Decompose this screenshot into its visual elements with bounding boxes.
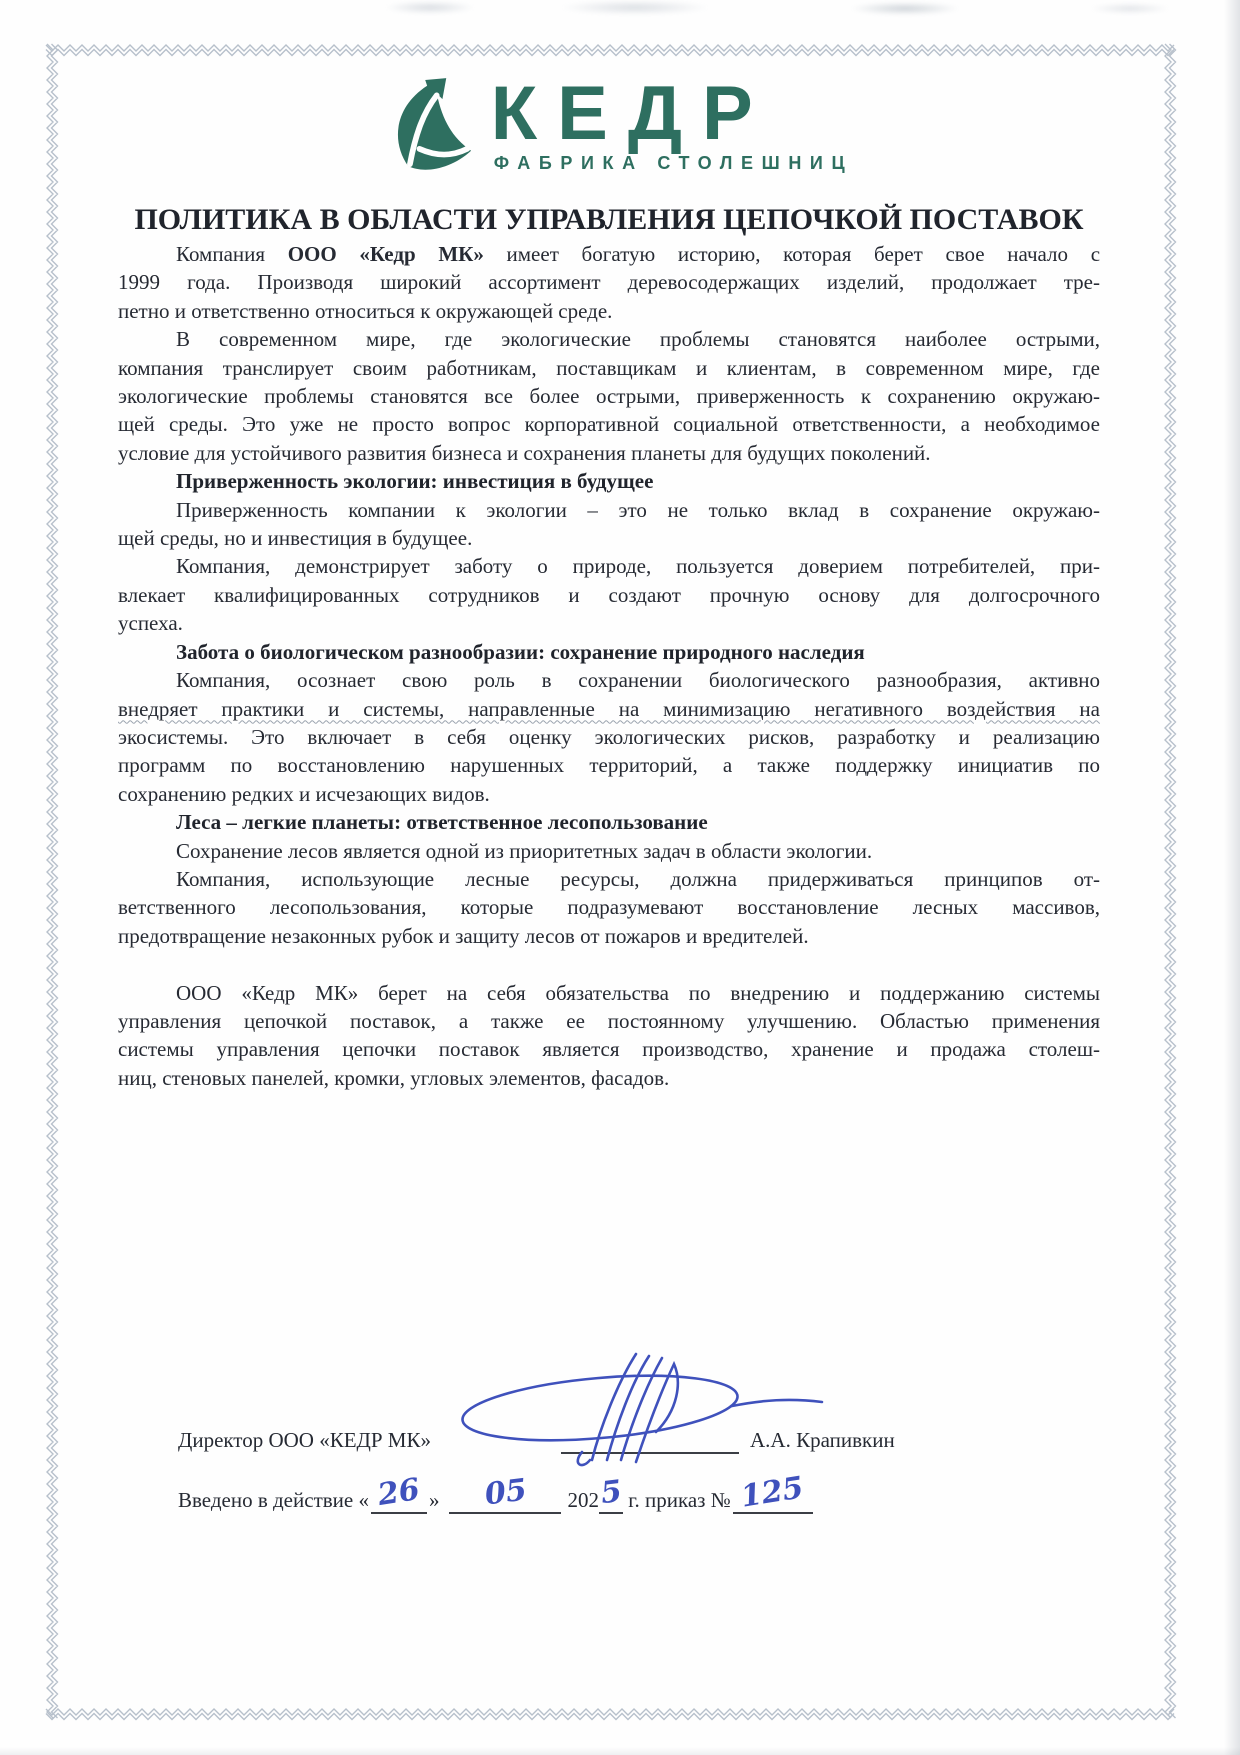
text-line: Компания, использующие лесные ресурсы, д… (118, 865, 1100, 893)
text-line: системы управления цепочки поставок явля… (118, 1035, 1100, 1063)
text-line: сохранению редких и исчезающих видов. (118, 780, 1100, 808)
quote-close: » (429, 1488, 440, 1512)
enactment-prefix: Введено в действие « (178, 1488, 369, 1512)
scan-edge-shadow (1224, 0, 1240, 1755)
order-blank: 125 (733, 1488, 813, 1514)
text-line: успеха. (118, 609, 1100, 637)
zigzag-border-right (1164, 44, 1178, 1722)
section-heading: Леса – легкие планеты: ответственное лес… (118, 808, 1100, 836)
brand-name: КЕДР (491, 78, 873, 150)
text-line: щей среды, но и инвестиция в будущее. (118, 524, 1100, 552)
text-line: Сохранение лесов является одной из приор… (118, 837, 1100, 865)
scan-noise (1090, 3, 1170, 14)
section-heading: Забота о биологическом разнообразии: сох… (118, 638, 1100, 666)
day-blank: 26 (371, 1488, 427, 1514)
text-line: внедряет практики и системы, направленны… (118, 695, 1100, 723)
order-label: г. приказ № (623, 1488, 731, 1512)
text-line: ниц, стеновых панелей, кромки, угловых э… (118, 1064, 1100, 1092)
text-line: щей среды. Это уже не просто вопрос корп… (118, 410, 1100, 438)
company-logo: КЕДР ФАБРИКА СТОЛЕШНИЦ (0, 78, 1240, 174)
signature-row: Директор ООО «КЕДР МК» А.А. Крапивкин (118, 1428, 1100, 1458)
year-blank: 5 (599, 1488, 623, 1514)
text-line: экосистемы. Это включает в себя оценку э… (118, 723, 1100, 751)
handwritten-day: 26 (377, 1480, 421, 1506)
document-title: ПОЛИТИКА В ОБЛАСТИ УПРАВЛЕНИЯ ЦЕПОЧКОЙ П… (118, 203, 1100, 237)
enactment-row: Введено в действие «26»052025 г. приказ … (118, 1488, 1100, 1514)
paragraph-gap (118, 950, 1100, 978)
handwritten-month: 05 (484, 1481, 528, 1506)
scan-edge-shadow (0, 1747, 1240, 1755)
text-line: ветственного лесопользования, которые по… (118, 893, 1100, 921)
text-line: петно и ответственно относиться к окружа… (118, 297, 1100, 325)
brand-tagline: ФАБРИКА СТОЛЕШНИЦ (494, 153, 853, 174)
text-line: Компания ООО «Кедр МК» имеет богатую ист… (118, 240, 1100, 268)
zigzag-border-left (46, 44, 60, 1722)
handwritten-signature (450, 1348, 830, 1472)
text-line: предотвращение незаконных рубок и защиту… (118, 922, 1100, 950)
text-line: Компания, демонстрирует заботу о природе… (118, 552, 1100, 580)
text-line: влекает квалифицированных сотрудников и … (118, 581, 1100, 609)
section-heading: Приверженность экологии: инвестиция в бу… (118, 467, 1100, 495)
zigzag-border-bottom (46, 1708, 1178, 1722)
text-line: В современном мире, где экологические пр… (118, 325, 1100, 353)
handwritten-year-digit: 5 (599, 1482, 622, 1504)
text-line: ООО «Кедр МК» берет на себя обязательств… (118, 979, 1100, 1007)
cedar-leaf-arrow-icon (387, 78, 473, 170)
zigzag-border-top (46, 44, 1178, 58)
text-line: 1999 года. Производя широкий ассортимент… (118, 268, 1100, 296)
document-body: Компания ООО «Кедр МК» имеет богатую ист… (118, 240, 1100, 1092)
month-blank: 05 (449, 1488, 561, 1514)
scan-noise (850, 2, 960, 15)
year-printed: 202 (567, 1488, 599, 1512)
logo-text: КЕДР ФАБРИКА СТОЛЕШНИЦ (491, 78, 853, 174)
scan-noise (560, 0, 710, 15)
text-line: компания транслирует своим работникам, п… (118, 354, 1100, 382)
text-line: Приверженность компании к экологии – это… (118, 496, 1100, 524)
scan-noise (385, 1, 475, 14)
director-label: Директор ООО «КЕДР МК» (178, 1428, 431, 1453)
text-line: экологические проблемы становятся все бо… (118, 382, 1100, 410)
text-line: Компания, осознает свою роль в сохранени… (118, 666, 1100, 694)
text-line: управления цепочкой поставок, а также ее… (118, 1007, 1100, 1035)
director-name: А.А. Крапивкин (750, 1428, 895, 1453)
text-line: условие для устойчивого развития бизнеса… (118, 439, 1100, 467)
text-line: программ по восстановлению нарушенных те… (118, 751, 1100, 779)
scanned-policy-document: КЕДР ФАБРИКА СТОЛЕШНИЦ ПОЛИТИКА В ОБЛАСТ… (0, 0, 1240, 1755)
handwritten-order-number: 125 (740, 1478, 805, 1508)
